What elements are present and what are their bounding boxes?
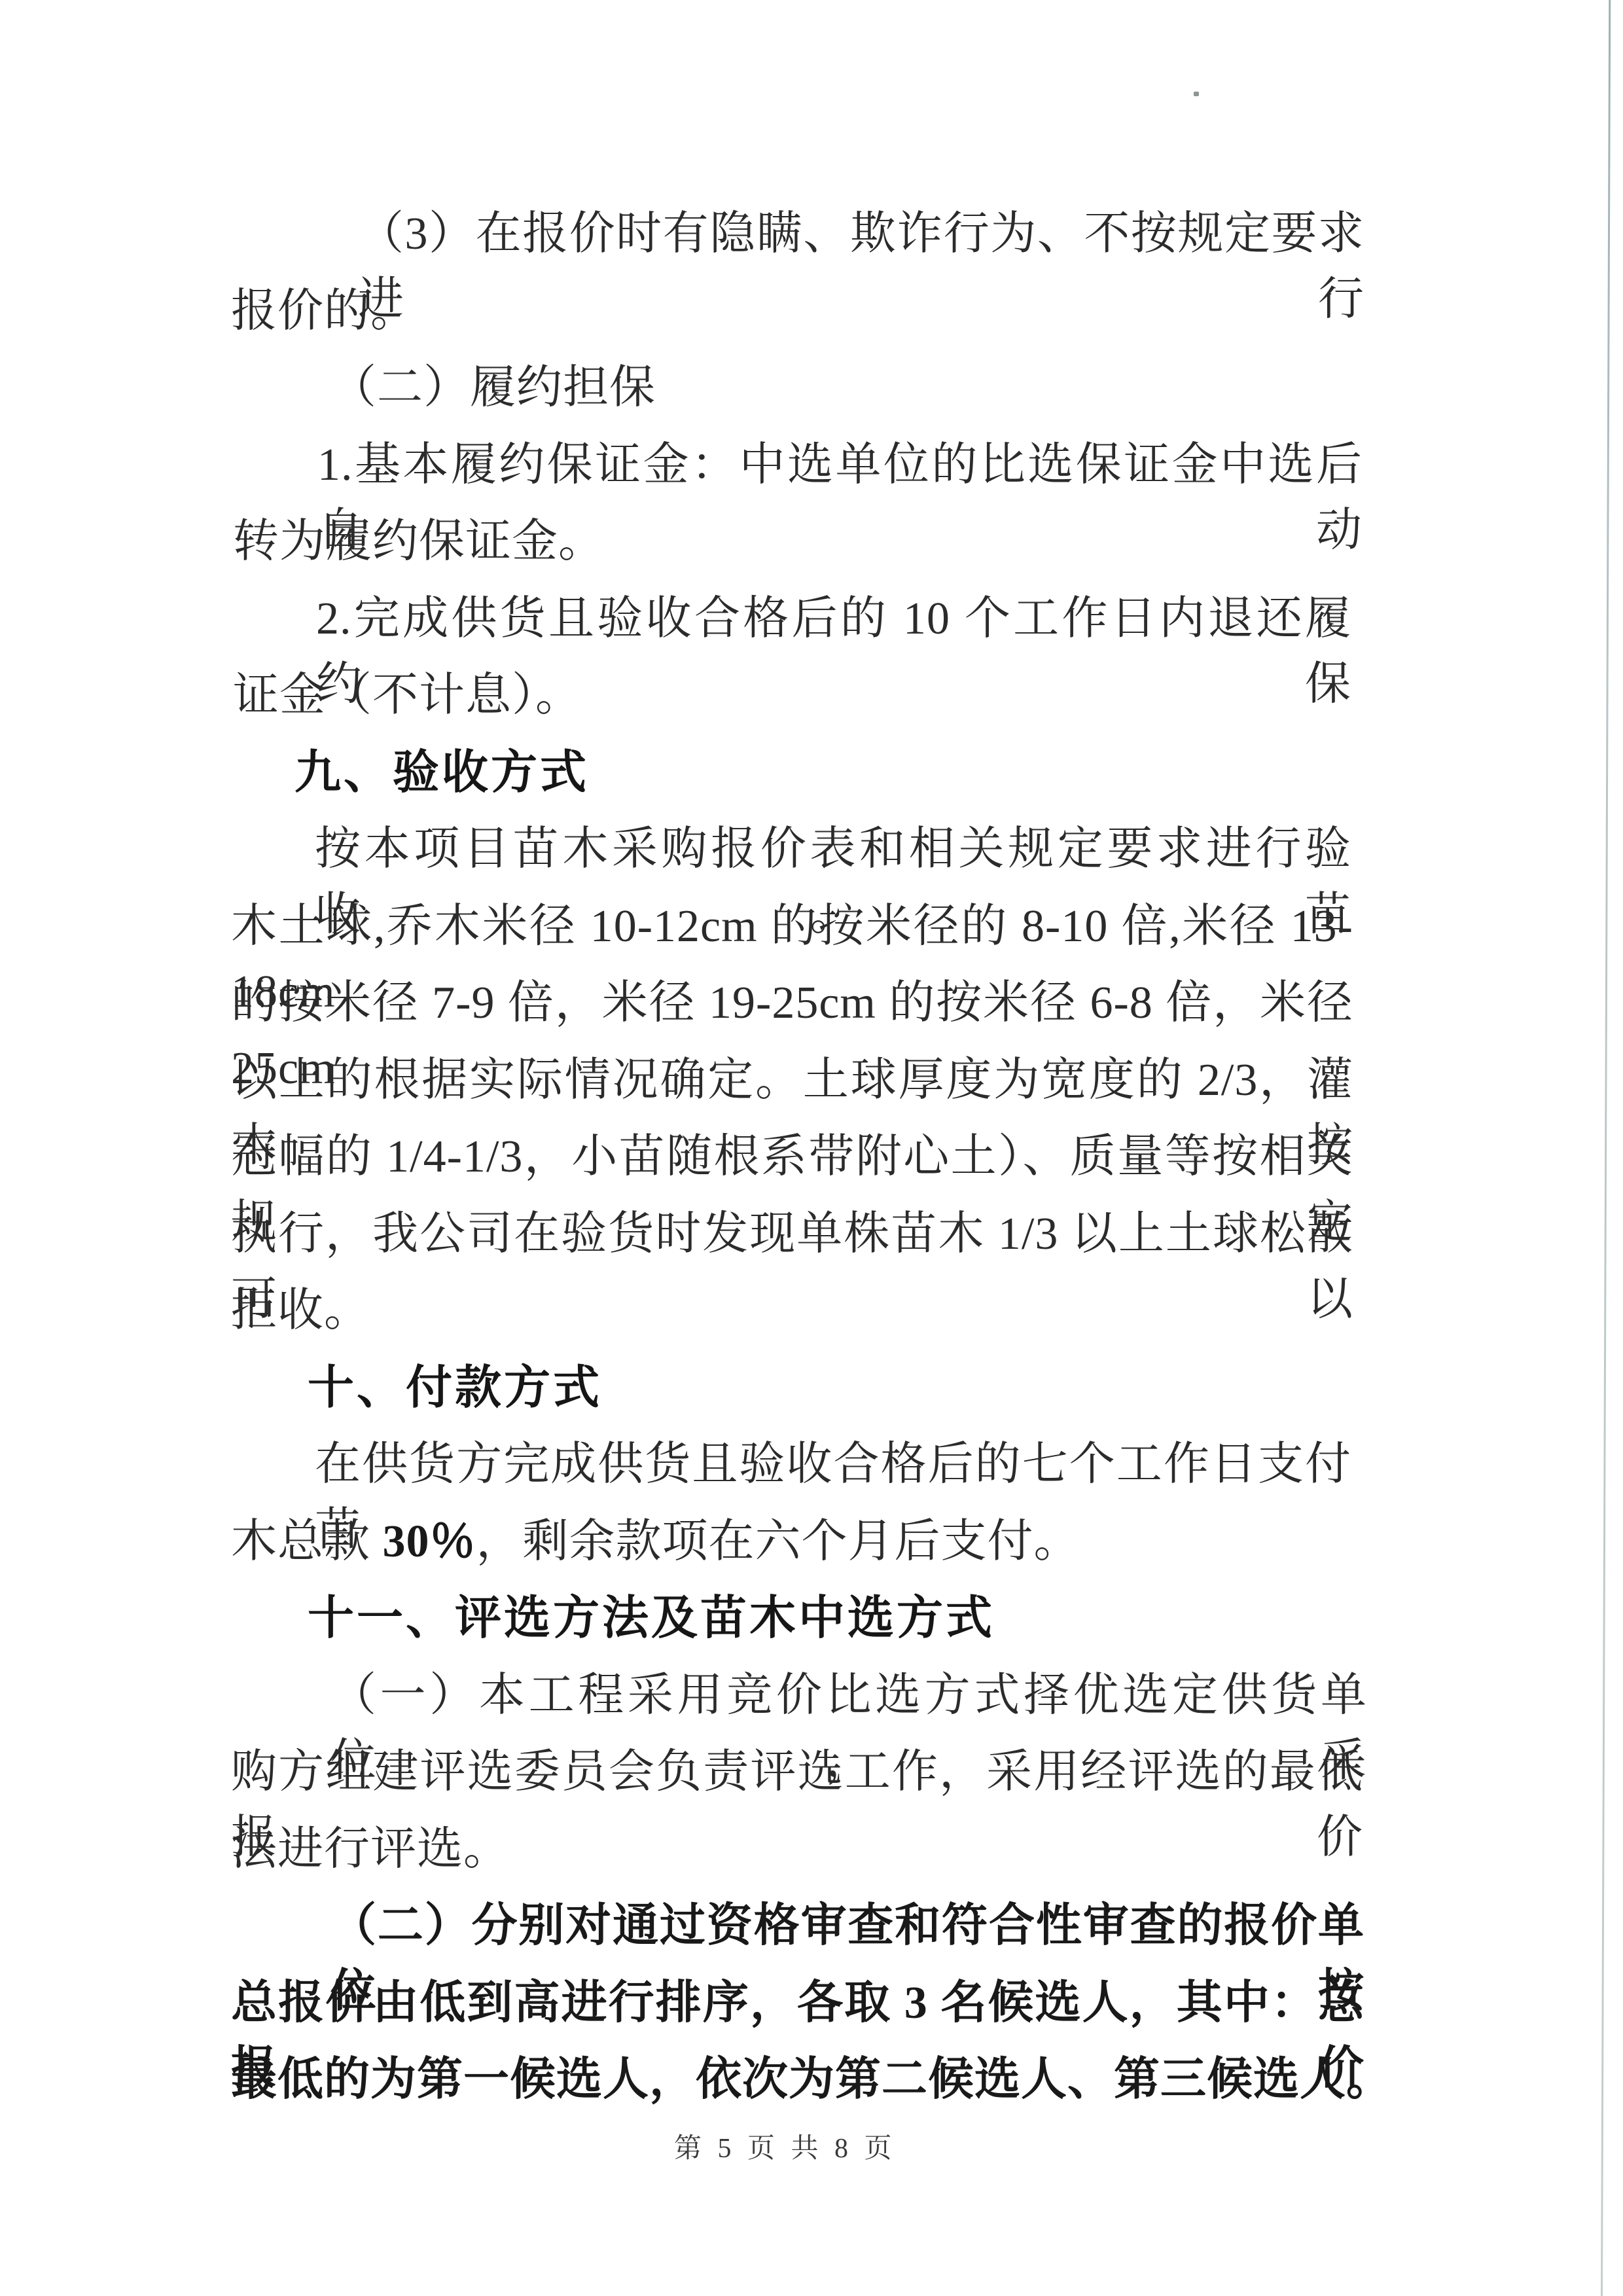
paragraph-line: （3）在报价时有隐瞒、欺诈行为、不按规定要求进行 [358,202,1364,332]
section-heading-9: 九、验收方式 [294,740,589,806]
section-heading-11: 十一、评选方法及苗木中选方式 [308,1586,995,1651]
scan-speck [1194,92,1199,96]
paragraph-line: 拒收。 [231,1278,370,1344]
paragraph-line: 转为履约保证金。 [233,509,605,575]
paragraph-line: 执行，我公司在验货时发现单株苗木 1/3 以上土球松散可以 [231,1202,1353,1333]
paragraph-line: 木总款 30％，剩余款项在六个月后支付。 [231,1509,1080,1575]
page-footer: 第 5 页 共 8 页 [674,2135,897,2162]
subsection-heading: （二）履约担保 [330,355,656,421]
payment-percentage: 30％ [383,1516,476,1567]
scanned-document-page: （3）在报价时有隐瞒、欺诈行为、不按规定要求进行 报价的。 （二）履约担保 1.… [0,0,1623,2296]
scan-artifact-line [1601,0,1611,2296]
paragraph-line: 证金（不计息）。 [233,663,582,728]
paragraph-line: 最低的为第一候选人，依次为第二候选人、第三候选人。 [231,2047,1393,2113]
paragraph-line: 法进行评选。 [231,1817,510,1882]
payment-text-suffix: ，剩余款项在六个月后支付。 [476,1516,1080,1567]
paragraph-line: 报价的。 [231,279,417,344]
section-heading-10: 十、付款方式 [308,1355,602,1421]
payment-text-prefix: 木总款 [231,1516,383,1567]
